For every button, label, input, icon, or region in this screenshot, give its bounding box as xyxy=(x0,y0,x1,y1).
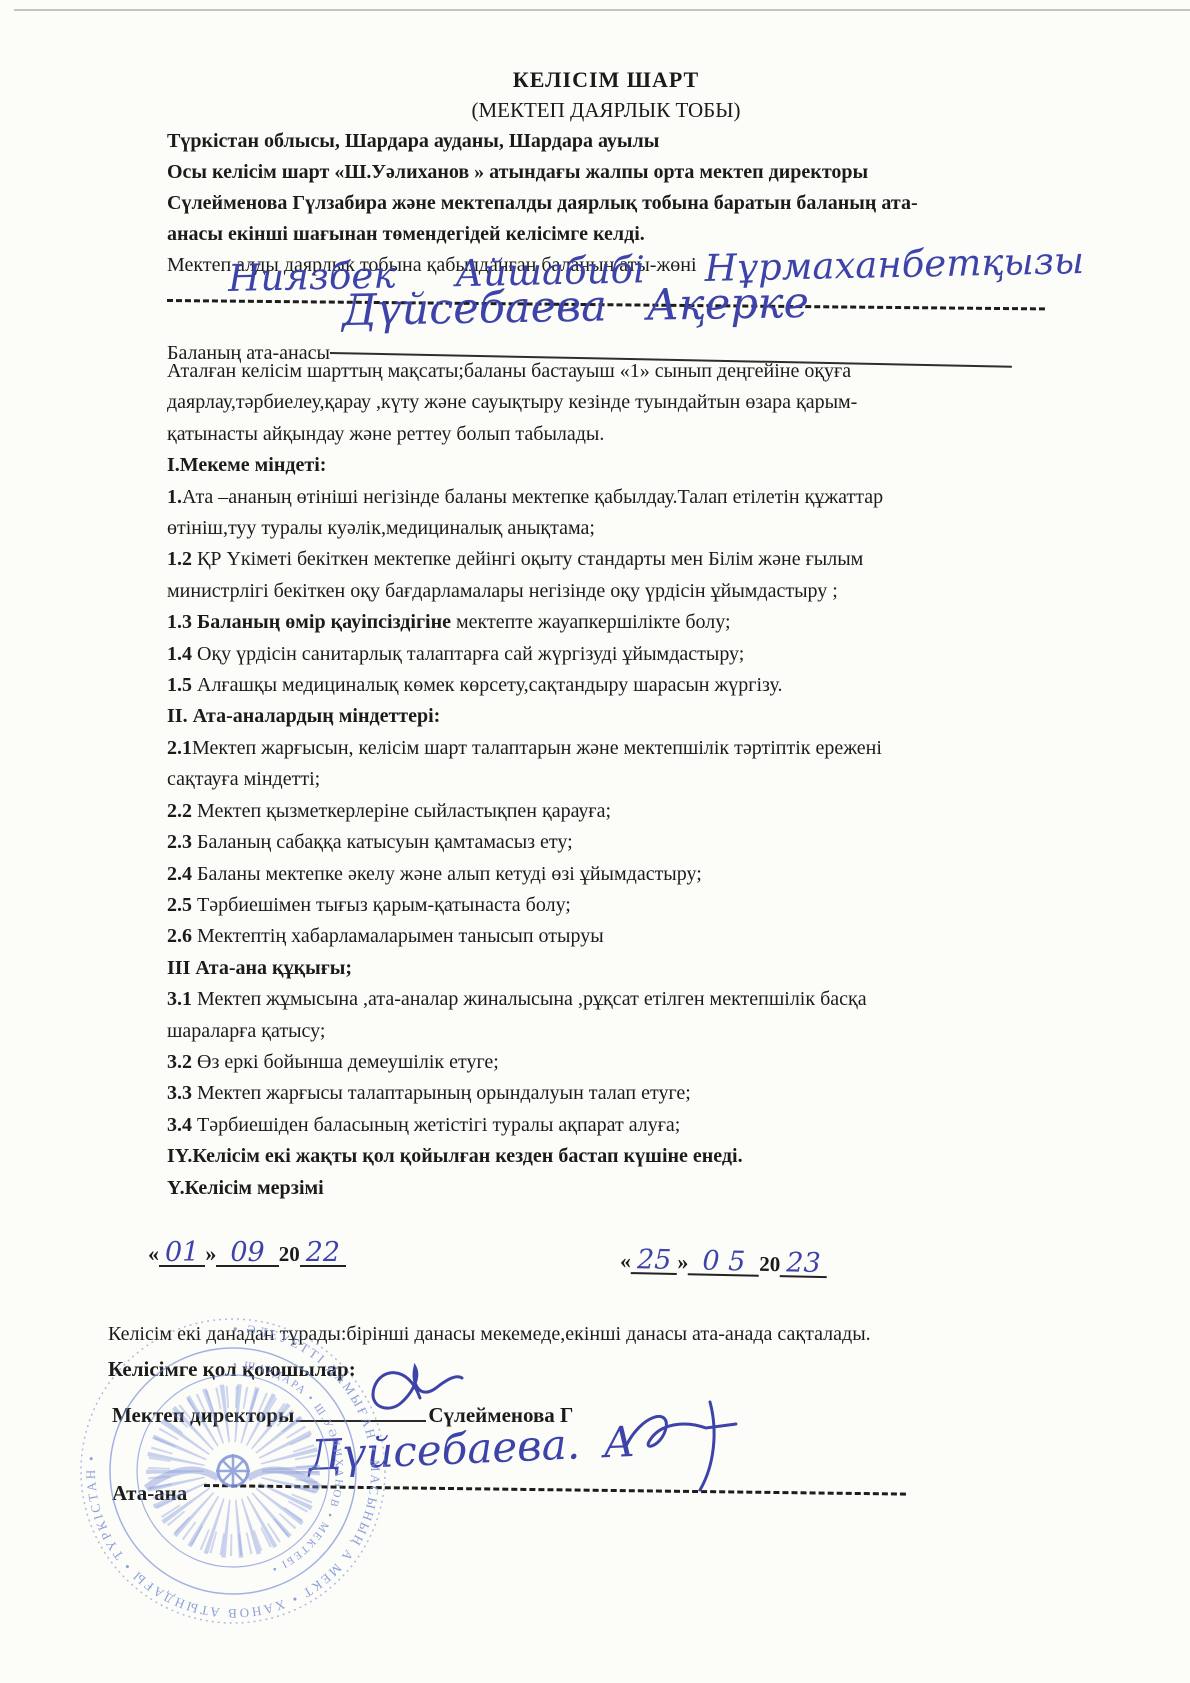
body-line: 3.3 Мектеп жарғысы талаптарының орындалу… xyxy=(167,1078,1052,1109)
section-heading: ІІ. Ата-аналардың міндеттері: xyxy=(167,701,1052,732)
body-line: 3.4 Тәрбиешіден баласының жетістігі тура… xyxy=(167,1110,1052,1141)
body-line: 1.Ата –ананың өтініші негізінде баланы м… xyxy=(167,482,1052,513)
section-heading: Y.Келісім мерзімі xyxy=(167,1173,1052,1204)
contract-body: Аталған келісім шарттың мақсаты;баланы б… xyxy=(167,356,1052,1204)
body-line: 1.5 Алғашқы медициналық көмек көрсету,са… xyxy=(167,670,1052,701)
body-line: 1.3 Баланың өмір қауіпсіздігіне мектепте… xyxy=(167,607,1052,638)
body-line: өтініш,туу туралы куәлік,медициналық аны… xyxy=(167,513,1052,544)
body-line: министрлігі бекіткен оқу бағдарламалары … xyxy=(167,576,1052,607)
date-year-handwriting: 22 xyxy=(300,1241,346,1267)
date-month-handwriting: 09 xyxy=(216,1241,278,1267)
school-stamp-icon: • ӘЛЕУЕТТІ ДАМЫҒАН • МАСЫНЫҢ А МЕКТ • ХА… xyxy=(68,1306,398,1636)
body-line: шараларға қатысу; xyxy=(167,1016,1052,1047)
location-line: Түркістан облысы, Шардара ауданы, Шардар… xyxy=(167,126,1045,157)
intro-line: Сүлейменова Гүлзабира және мектепалды да… xyxy=(167,188,1045,219)
body-line: 1.4 Оқу үрдісін санитарлық талаптарға са… xyxy=(167,639,1052,670)
body-line: қатынасты айқындау және реттеу болып таб… xyxy=(167,419,1052,450)
parent-signature-flourish xyxy=(618,1398,768,1508)
body-line: 2.3 Баланың сабаққа катысуын қамтамасыз … xyxy=(167,827,1052,858)
body-line: даярлау,тәрбиелеу,қарау ,күту және сауық… xyxy=(167,387,1052,418)
body-line: 2.6 Мектептің хабарламаларымен танысып о… xyxy=(167,921,1052,952)
body-line: 2.2 Мектеп қызметкерлеріне сыйластықпен … xyxy=(167,796,1052,827)
body-line: 2.5 Тәрбиешімен тығыз қарым-қатынаста бо… xyxy=(167,890,1052,921)
date-month-handwriting: 0 5 xyxy=(688,1249,759,1276)
body-line: 2.1Мектеп жарғысын, келісім шарт талапта… xyxy=(167,733,1052,764)
date-start: «01»092022 xyxy=(148,1241,346,1267)
date-year-handwriting: 23 xyxy=(780,1251,827,1278)
document-title: КЕЛІСІМ ШАРТ xyxy=(167,64,1045,95)
section-heading: ІY.Келісім екі жақты қол қойылған кезден… xyxy=(167,1141,1052,1172)
body-line: 3.1 Мектеп жұмысына ,ата-аналар жиналысы… xyxy=(167,984,1052,1015)
section-heading: ІІІ Ата-ана құқығы; xyxy=(167,953,1052,984)
body-line: 3.2 Өз еркі бойынша демеушілік етуге; xyxy=(167,1047,1052,1078)
date-end: «25»0 52023 xyxy=(620,1248,827,1278)
body-line: 1.2 ҚР Үкіметі бекіткен мектепке дейінгі… xyxy=(167,544,1052,575)
document-subtitle: (МЕКТЕП ДАЯРЛЫК ТОБЫ) xyxy=(167,95,1045,126)
body-line: 2.4 Баланы мектепке әкелу және алып кету… xyxy=(167,859,1052,890)
body-line: Аталған келісім шарттың мақсаты;баланы б… xyxy=(167,356,1052,387)
intro-line: Осы келісім шарт «Ш.Уәлиханов » атындағы… xyxy=(167,157,1045,188)
scan-edge-line xyxy=(14,9,1190,11)
date-day-handwriting: 25 xyxy=(631,1248,678,1275)
parent-name-handwriting: Дүйсебаева Ақерке xyxy=(342,278,810,336)
body-line: сақтауға міндетті; xyxy=(167,764,1052,795)
section-heading: І.Мекеме міндеті: xyxy=(167,450,1052,481)
scanned-contract-page: КЕЛІСІМ ШАРТ (МЕКТЕП ДАЯРЛЫК ТОБЫ) Түркі… xyxy=(0,0,1190,1683)
date-day-handwriting: 01 xyxy=(159,1241,205,1267)
